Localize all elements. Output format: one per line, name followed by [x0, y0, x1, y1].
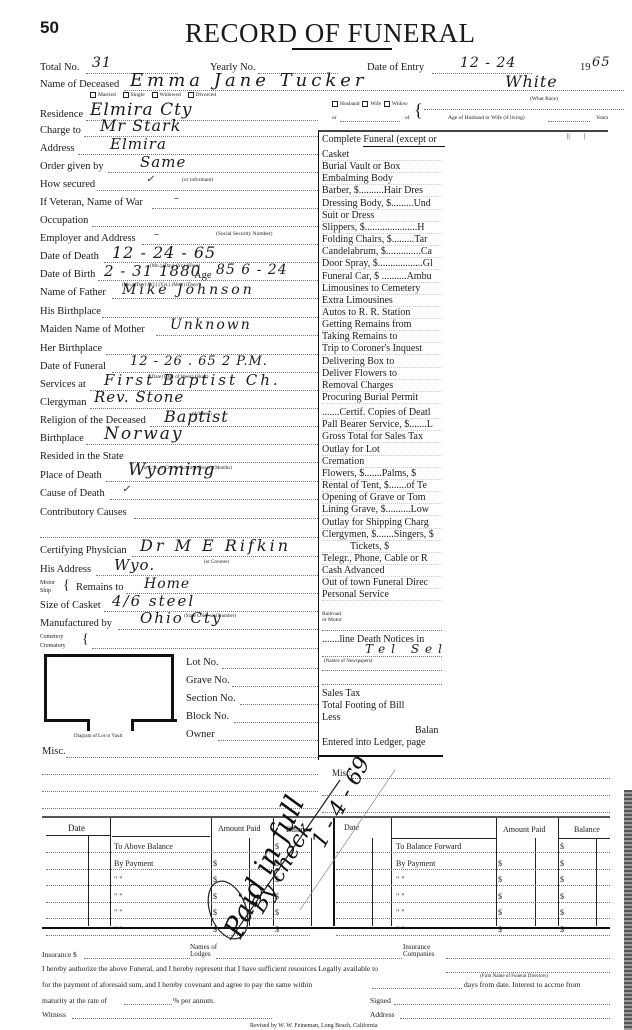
veteran-war-value[interactable]: –: [174, 193, 180, 204]
block-no-label: Block No.: [186, 711, 229, 722]
coroner-caption: (or Coroner): [204, 560, 229, 565]
contributory-label: Contributory Causes: [40, 507, 127, 518]
railroad-prefix: Railroad or Motor: [322, 611, 342, 623]
charge-item: Procuring Burial Permit: [322, 392, 418, 403]
resided-label: Resided in the State: [40, 451, 124, 462]
address-label: Address: [370, 1010, 395, 1019]
charge-item: Burial Vault or Box: [322, 161, 400, 172]
days-line: [372, 988, 462, 989]
charge-to-label: Charge to: [40, 125, 81, 136]
diagram-base-left: [44, 719, 90, 722]
services-at-label: Services at: [40, 379, 86, 390]
field-line: [92, 226, 318, 227]
ssn-caption: (Social Security Number): [216, 231, 273, 237]
balance-currency: $: [560, 925, 564, 934]
clergyman-label: Clergyman: [40, 397, 86, 408]
father-value[interactable]: Mike Johnson: [122, 282, 255, 298]
ledger-rule: [392, 838, 496, 839]
charge-item: Autos to R. R. Station: [322, 307, 410, 318]
newspapers-value[interactable]: Tel Sel: [365, 642, 448, 656]
widow-checkbox[interactable]: Widow: [384, 101, 408, 107]
field-line: [118, 629, 318, 630]
misc-label: Misc.: [42, 746, 66, 757]
charge-to-value[interactable]: Mr Stark: [100, 116, 181, 135]
charge-item: Trip to Coroner's Inquest: [322, 343, 422, 354]
balance-label: Balan: [415, 725, 438, 736]
charge-item: Outlay for Lot: [322, 444, 380, 455]
field-line: [96, 575, 318, 576]
widowed-checkbox[interactable]: Widowed: [152, 92, 181, 98]
field-line: [240, 704, 318, 705]
grave-no-label: Grave No.: [186, 675, 230, 686]
ledger-right-balance-header: Balance: [574, 825, 600, 834]
wife-checkbox[interactable]: Wife: [362, 101, 381, 107]
mother-label: Maiden Name of Mother: [40, 324, 145, 335]
payment-text: for the payment of aforesaid sum, and I …: [42, 980, 312, 989]
charge-item: Flowers, $.......Palms, $: [322, 468, 416, 479]
percent-text: % per annum.: [173, 996, 215, 1005]
race-caption: (What Race): [530, 96, 558, 102]
spouse-age-line: [548, 121, 590, 122]
field-line: [112, 298, 318, 299]
mother-value[interactable]: Unknown: [170, 317, 252, 333]
services-at-value[interactable]: First Baptist Ch.: [104, 371, 281, 389]
ledger-page-label: Entered into Ledger, page: [322, 737, 425, 748]
clergyman-value[interactable]: Rev. Stone: [94, 388, 184, 406]
field-line: [132, 556, 318, 557]
companies-label: Insurance Companies: [403, 944, 435, 958]
ledger-row-label: " ": [114, 908, 123, 917]
ledger-row-label: To Balance Forward: [396, 842, 461, 851]
brace-icon: {: [82, 632, 89, 648]
lodges-label: Names of Lodges: [190, 944, 217, 958]
order-given-by-label: Order given by: [40, 161, 104, 172]
how-secured-value[interactable]: ✓: [146, 174, 155, 185]
lot-diagram: [44, 654, 174, 722]
date-of-death-label: Date of Death: [40, 251, 99, 262]
married-checkbox[interactable]: Married: [90, 92, 116, 98]
ledger-row-label: " ": [114, 925, 123, 934]
cause-of-death-value[interactable]: ✓: [122, 484, 131, 495]
charge-item: Rental of Tent, $.......of Te: [322, 480, 427, 491]
panel-line: [322, 630, 442, 631]
field-line: [92, 648, 318, 649]
race-line: [424, 109, 624, 110]
firm-caption: (Firm Name of Funeral Directors): [480, 974, 548, 979]
age-label: Age: [194, 270, 212, 281]
charge-item: Funeral Car, $ ..........Ambu: [322, 271, 432, 282]
date-of-death-value[interactable]: 12 - 24 - 65: [112, 243, 216, 262]
balance-currency: $: [560, 859, 564, 868]
charge-item: Embalming Body: [322, 173, 393, 184]
amount-currency: $: [498, 892, 502, 901]
charge-item: Dressing Body, $.........Und: [322, 198, 431, 209]
charge-item: Tickets, $: [350, 541, 389, 552]
signed-label: Signed: [370, 996, 391, 1005]
year-value[interactable]: 65: [592, 55, 611, 70]
charge-item: Door Spray, $..................Gl: [322, 258, 433, 269]
charge-item: Getting Remains from: [322, 319, 411, 330]
charge-item: Removal Charges: [322, 380, 393, 391]
casket-size-label: Size of Casket: [40, 600, 101, 611]
charge-item: Gross Total for Sales Tax: [322, 431, 423, 442]
brace-icon: {: [414, 100, 423, 121]
field-line: [66, 757, 318, 758]
title-underline: [292, 48, 392, 50]
charge-item: Lining Grave, $..........Low: [322, 504, 429, 515]
ledger-rule: [112, 836, 210, 837]
manufactured-by-label: Manufactured by: [40, 618, 112, 629]
witness-label: Witness: [42, 1010, 66, 1019]
diagram-base-right: [131, 719, 177, 722]
spouse-or-label: or: [332, 115, 337, 121]
date-of-birth-label: Date of Birth: [40, 269, 95, 280]
field-line: [232, 686, 318, 687]
charge-item: Cremation: [322, 456, 364, 467]
field-line: [152, 208, 318, 209]
panel-line: [322, 670, 442, 671]
firm-line: [446, 972, 610, 973]
charge-item: Barber, $..........Hair Dres: [322, 185, 423, 196]
diagram-leg-right: [131, 719, 134, 731]
field-line: [78, 154, 318, 155]
charge-item: Extra Limousines: [322, 295, 393, 306]
revised-by-credit: Revised by W. W. Feineman, Long Beach, C…: [250, 1023, 377, 1029]
diagram-caption: Diagram of Lot or Vault: [74, 734, 122, 739]
ledger-row-label: To Above Balance: [114, 842, 173, 851]
age-value[interactable]: 85 6 - 24: [216, 262, 288, 278]
field-line: [222, 668, 318, 669]
his-address-value[interactable]: Wyo.: [114, 556, 155, 574]
ledger-col: [496, 818, 497, 926]
page-title: RECORD OF FUNERAL: [185, 18, 476, 49]
field-line: [110, 499, 318, 500]
panel-line: [322, 684, 442, 685]
her-birthplace-label: Her Birthplace: [40, 343, 102, 354]
charge-item: Taking Remains to: [322, 331, 397, 342]
charge-item: Casket: [322, 149, 349, 160]
field-line: [97, 190, 318, 191]
ledger-col: [110, 818, 111, 926]
father-label: Name of Father: [40, 287, 106, 298]
panel-bottom-rule: [318, 755, 443, 757]
rate-line: [124, 1004, 172, 1005]
charge-item: Suit or Dress: [322, 210, 374, 221]
amount-currency: $: [498, 908, 502, 917]
panel-line: [322, 656, 442, 657]
sales-tax-label: Sales Tax: [322, 688, 360, 699]
his-address-label: His Address: [40, 564, 91, 575]
total-no-label: Total No.: [40, 62, 80, 73]
birthplace-value[interactable]: Norway: [104, 424, 184, 444]
charge-item: Limousines to Cemetery: [322, 283, 420, 294]
newspapers-caption: (Names of Newspapers): [324, 659, 372, 664]
field-line: [156, 335, 318, 336]
charge-item: Telegr., Phone, Cable or R: [322, 553, 428, 564]
date-of-entry-label: Date of Entry: [367, 62, 424, 73]
balance-currency: $: [560, 908, 564, 917]
charge-line: [322, 600, 442, 601]
date-of-funeral-value[interactable]: 12 - 26 . 65 2 P.M.: [130, 354, 268, 369]
how-secured-label: How secured: [40, 179, 95, 190]
field-line: [86, 444, 318, 445]
place-of-death-value[interactable]: Wyoming: [128, 460, 215, 480]
spouse-age-caption: Age of Husband or Wife (if living): [448, 115, 525, 121]
ledger-row-label: By Payment: [396, 859, 435, 868]
charge-item: Deliver Flowers to: [322, 368, 397, 379]
his-birthplace-label: His Birthplace: [40, 306, 101, 317]
insurance-label: Insurance $: [42, 950, 77, 959]
physician-value[interactable]: Dr M E Rifkin: [140, 536, 291, 555]
brace-icon: {: [63, 578, 70, 594]
field-line: [216, 958, 402, 959]
charge-item: Personal Service: [322, 589, 389, 600]
charge-item: Slippers, $.....................H: [322, 222, 425, 233]
cause-of-death-label: Cause of Death: [40, 488, 105, 499]
physician-label: Certifying Physician: [40, 545, 127, 556]
field-line: [106, 481, 318, 482]
date-of-entry-value[interactable]: 12 - 24: [460, 55, 516, 71]
cemetery-label: Cemetery: [40, 634, 63, 640]
spouse-checkboxes: Husband Wife Widow: [332, 101, 408, 107]
days-text: days from date. Interest to accrue from: [464, 980, 580, 989]
casket-size-value[interactable]: 4/6 steel: [112, 592, 195, 610]
marital-checkboxes: Married Single Widowed Divorced: [90, 92, 216, 98]
crematory-label: Crematory: [40, 643, 66, 649]
amount-currency: $: [498, 925, 502, 934]
signed-line[interactable]: [394, 1004, 610, 1005]
charge-item: .......Certif. Copies of Deatl: [322, 407, 431, 418]
balance-currency: $: [560, 892, 564, 901]
diagram-leg-left: [87, 719, 90, 731]
ledger-col: [558, 818, 559, 926]
address-line[interactable]: [400, 1018, 610, 1019]
name-of-deceased-value[interactable]: Emma Jane Tucker: [130, 70, 368, 91]
ledger-row-label: " ": [114, 892, 123, 901]
charge-item: Candelabrum, $..............Ca: [322, 246, 432, 257]
order-given-by-value[interactable]: Same: [140, 153, 186, 171]
field-line: [134, 518, 318, 519]
date-of-birth-value[interactable]: 2 - 31 1880: [104, 262, 201, 280]
place-of-death-label: Place of Death: [40, 470, 102, 481]
ledger-col: [88, 836, 89, 926]
name-of-deceased-label: Name of Deceased: [40, 79, 119, 90]
ledger-rule: [558, 838, 610, 839]
spouse-line: [340, 121, 400, 122]
page-number: 50: [40, 18, 59, 38]
remains-to-value[interactable]: Home: [144, 576, 190, 592]
lot-no-label: Lot No.: [186, 657, 219, 668]
veteran-war-label: If Veteran, Name of War: [40, 197, 143, 208]
charge-item: Pall Bearer Service, $.......L: [322, 419, 433, 430]
ship-label: Ship: [40, 588, 51, 594]
amount-currency: $: [498, 875, 502, 884]
birthplace-label: Birthplace: [40, 433, 84, 444]
total-no-value[interactable]: 31: [92, 55, 112, 71]
charge-line: [322, 403, 442, 404]
race-value[interactable]: White: [505, 72, 558, 91]
year-prefix: 19: [580, 62, 591, 73]
charge-item: Outlay for Shipping Charg: [322, 517, 429, 528]
charge-item: Delivering Box to: [322, 356, 394, 367]
employer-value[interactable]: –: [154, 229, 160, 240]
informant-caption: (or informant): [182, 177, 213, 183]
field-line: [446, 958, 610, 959]
charge-item: Out of town Funeral Direc: [322, 577, 428, 588]
page-edge: [624, 790, 632, 1030]
total-footing-label: Total Footing of Bill: [322, 700, 404, 711]
authorize-text: I hereby authorize the above Funeral, an…: [42, 964, 378, 973]
motor-label: Motor: [40, 580, 55, 586]
balance-currency: $: [560, 842, 564, 851]
ledger-rule: [46, 835, 110, 836]
date-of-funeral-label: Date of Funeral: [40, 361, 106, 372]
divorced-checkbox[interactable]: Divorced: [188, 92, 216, 98]
charge-item: Cash Advanced: [322, 565, 385, 576]
address-value[interactable]: Elmira: [110, 135, 167, 153]
charge-item: Opening of Grave or Tom: [322, 492, 426, 503]
less-label: Less: [322, 712, 340, 723]
residence-label: Residence: [40, 109, 83, 120]
maturity-text: maturity at the rate of: [42, 996, 107, 1005]
spouse-of-label: of: [405, 115, 410, 121]
field-line: [108, 172, 318, 173]
charge-item: Folding Chairs, $.........Tar: [322, 234, 427, 245]
field-line: [84, 958, 190, 959]
ledger-left-date-header: Date: [68, 823, 85, 833]
balance-currency: $: [560, 875, 564, 884]
column-mark: || |: [567, 132, 585, 140]
signature-strokes-icon: [200, 760, 400, 950]
owner-label: Owner: [186, 729, 215, 740]
single-checkbox[interactable]: Single: [123, 92, 145, 98]
field-line: [218, 740, 318, 741]
years-label: Years: [596, 115, 608, 121]
amount-currency: $: [498, 859, 502, 868]
charge-item: Clergymen, $.......Singers, $: [322, 529, 434, 540]
section-no-label: Section No.: [186, 693, 236, 704]
ledger-row-label: " ": [114, 875, 123, 884]
husband-checkbox[interactable]: Husband: [332, 101, 360, 107]
ledger-row-label: By Payment: [114, 859, 153, 868]
address-label: Address: [40, 143, 74, 154]
charges-header: Complete Funeral (except or: [322, 134, 437, 145]
field-line: [234, 722, 318, 723]
ledger-right-amount-header: Amount Paid: [503, 825, 545, 834]
witness-line[interactable]: [72, 1018, 272, 1019]
occupation-label: Occupation: [40, 215, 88, 226]
manufactured-by-value[interactable]: Ohio Cty: [140, 609, 223, 627]
header-underline: [363, 146, 445, 147]
